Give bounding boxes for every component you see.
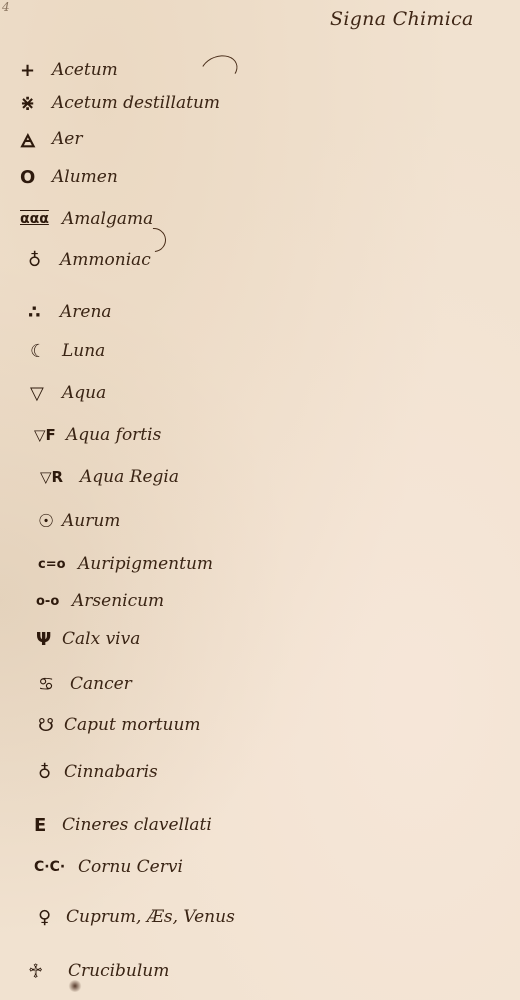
entry-name: Cinnabaris bbox=[64, 762, 158, 782]
entry-name: Luna bbox=[62, 341, 105, 361]
alchemical-symbol-icon: ∴ bbox=[28, 302, 60, 323]
entry-name: Auripigmentum bbox=[78, 554, 213, 574]
list-item: o-o Arsenicum bbox=[36, 586, 164, 616]
alchemical-symbol-icon: + bbox=[20, 60, 52, 81]
entry-name: Aqua fortis bbox=[66, 425, 161, 445]
manuscript-page: 4 Signa Chimica + Acetum ⋇ Acetum destil… bbox=[0, 0, 520, 1000]
entry-name: Ammoniac bbox=[60, 250, 151, 270]
entry-name: Cornu Cervi bbox=[78, 857, 183, 877]
alchemical-symbol-icon: 🜁 bbox=[20, 121, 52, 158]
entry-name: Cineres clavellati bbox=[62, 815, 212, 835]
alchemical-symbol-icon: ♱ bbox=[28, 959, 68, 983]
entry-name: Acetum destillatum bbox=[52, 93, 220, 113]
list-item: ☋ Caput mortuum bbox=[38, 710, 201, 740]
list-item: ♱ Crucibulum bbox=[28, 956, 169, 986]
alchemical-symbol-icon: ▽R bbox=[40, 468, 80, 486]
list-item: C·C· Cornu Cervi bbox=[34, 852, 183, 882]
list-item: ⋇ Acetum destillatum bbox=[20, 88, 220, 118]
list-item: ▽F Aqua fortis bbox=[34, 420, 161, 450]
alchemical-symbol-icon: ♀ bbox=[38, 907, 66, 928]
alchemical-symbol-icon: Ψ bbox=[36, 629, 62, 650]
ink-stain bbox=[68, 980, 82, 992]
entry-name: Amalgama bbox=[62, 209, 153, 229]
alchemical-symbol-icon: E bbox=[34, 815, 62, 836]
list-item: + Acetum bbox=[20, 55, 118, 85]
alchemical-symbol-icon: ♋ bbox=[38, 674, 70, 695]
alchemical-symbol-icon: ♁ bbox=[38, 762, 64, 783]
entry-name: Aer bbox=[52, 129, 82, 149]
list-item: ∴ Arena bbox=[28, 297, 112, 327]
list-item: ♀ Cuprum, Æs, Venus bbox=[38, 902, 235, 932]
entry-name: Crucibulum bbox=[68, 961, 169, 981]
alchemical-symbol-icon: C·C· bbox=[34, 859, 78, 875]
list-item: ▽R Aqua Regia bbox=[40, 462, 179, 492]
entry-name: Aqua Regia bbox=[80, 467, 179, 487]
list-item: O Alumen bbox=[20, 162, 118, 192]
entry-name: Aurum bbox=[62, 511, 120, 531]
list-item: ♁ Ammoniac bbox=[28, 245, 151, 275]
alchemical-symbol-icon: ☾ bbox=[30, 341, 62, 362]
entry-name: Arsenicum bbox=[72, 591, 164, 611]
entry-name: Caput mortuum bbox=[64, 715, 201, 735]
list-item: c=o Auripigmentum bbox=[38, 549, 213, 579]
entry-name: Aqua bbox=[62, 383, 106, 403]
entry-name: Cancer bbox=[70, 674, 132, 694]
alchemical-symbol-icon: o-o bbox=[36, 594, 72, 609]
list-item: ♋ Cancer bbox=[38, 669, 132, 699]
alchemical-symbol-icon: ▽F bbox=[34, 426, 66, 444]
entry-name: Calx viva bbox=[62, 629, 140, 649]
list-item: ▽ Aqua bbox=[30, 378, 106, 408]
alchemical-symbol-icon: ⋇ bbox=[20, 93, 52, 114]
list-item: 🜁 Aer bbox=[20, 124, 82, 154]
flourish-decoration bbox=[196, 50, 241, 89]
alchemical-symbol-icon: ☋ bbox=[38, 715, 64, 736]
alchemical-symbol-icon: ☉ bbox=[38, 511, 62, 532]
entry-name: Alumen bbox=[52, 167, 118, 187]
alchemical-symbol-icon: c=o bbox=[38, 557, 78, 572]
list-item: ☉ Aurum bbox=[38, 506, 120, 536]
list-item: Ψ Calx viva bbox=[36, 624, 140, 654]
page-title: Signa Chimica bbox=[330, 8, 474, 30]
alchemical-symbol-icon: ♁ bbox=[28, 250, 60, 271]
entry-name: Acetum bbox=[52, 60, 118, 80]
list-item: ☾ Luna bbox=[30, 336, 105, 366]
list-item: E Cineres clavellati bbox=[34, 810, 212, 840]
alchemical-symbol-icon: O bbox=[20, 167, 52, 188]
entry-name: Arena bbox=[60, 302, 112, 322]
entry-name: Cuprum, Æs, Venus bbox=[66, 907, 235, 927]
page-corner-mark: 4 bbox=[2, 0, 10, 14]
list-item: ααα Amalgama bbox=[20, 204, 153, 234]
list-item: ♁ Cinnabaris bbox=[38, 757, 158, 787]
alchemical-symbol-icon: ααα bbox=[20, 211, 52, 227]
alchemical-symbol-icon: ▽ bbox=[30, 383, 62, 404]
